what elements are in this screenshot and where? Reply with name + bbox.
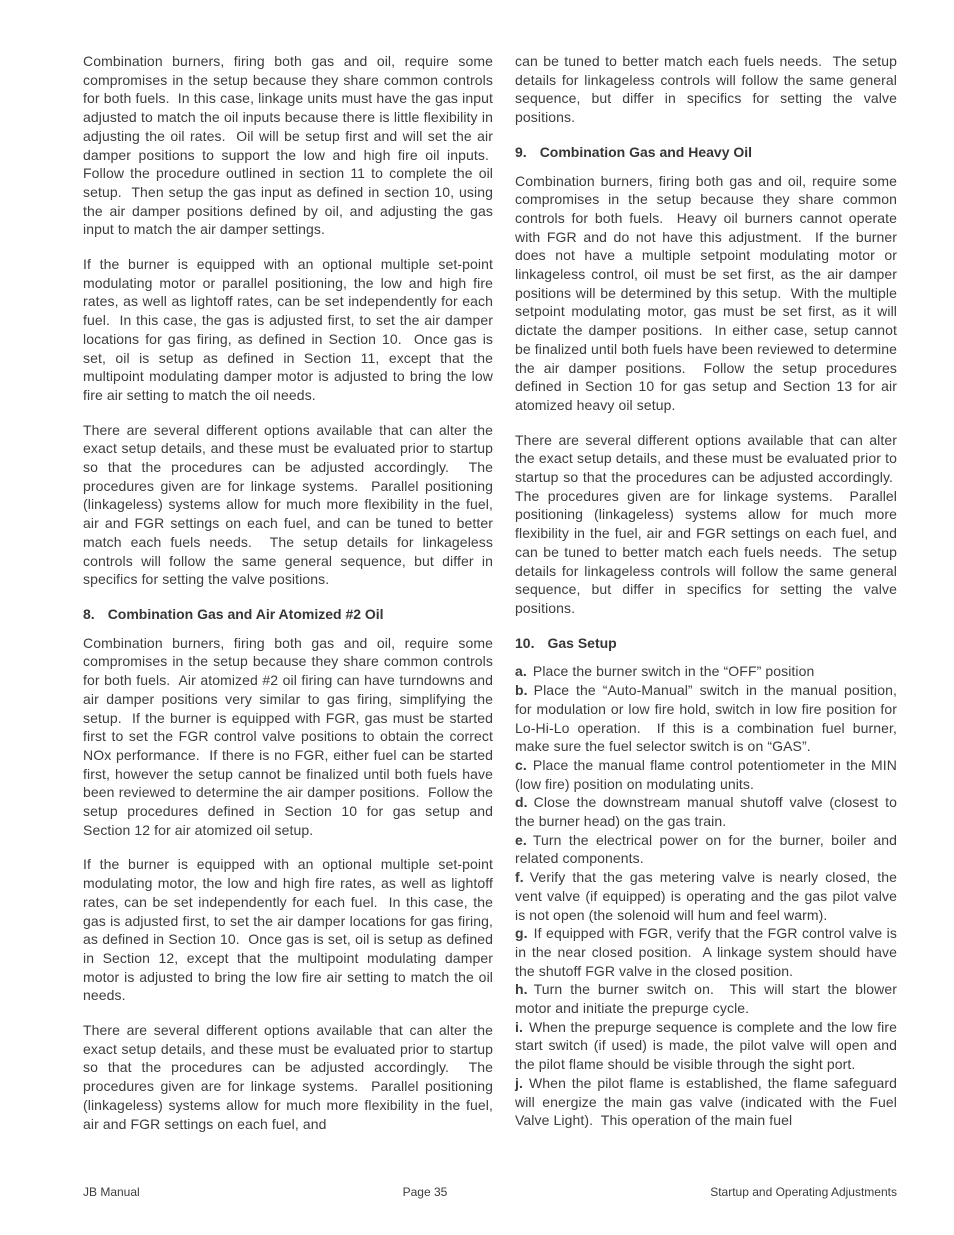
- footer-section-name: Startup and Operating Adjustments: [710, 1185, 897, 1199]
- section-10-heading: 10.Gas Setup: [515, 634, 897, 653]
- step-label: f.: [515, 869, 524, 885]
- paragraph: If the burner is equipped with an option…: [83, 855, 493, 1005]
- section-number: 10.: [515, 635, 534, 651]
- step-text: Place the burner switch in the “OFF” pos…: [533, 663, 815, 679]
- right-column: can be tuned to better match each fuels …: [515, 52, 897, 1149]
- paragraph: There are several different options avai…: [83, 421, 493, 589]
- two-column-text-area: Combination burners, firing both gas and…: [83, 52, 897, 1149]
- step-item: i.When the prepurge sequence is complete…: [515, 1018, 897, 1074]
- step-label: h.: [515, 981, 528, 997]
- page-footer: JB Manual Page 35 Startup and Operating …: [83, 1185, 897, 1199]
- step-text: Turn the burner switch on. This will sta…: [515, 981, 897, 1016]
- step-item: j.When the pilot flame is established, t…: [515, 1074, 897, 1130]
- step-label: b.: [515, 682, 528, 698]
- step-item: a.Place the burner switch in the “OFF” p…: [515, 662, 897, 681]
- step-text: When the pilot flame is established, the…: [515, 1075, 897, 1128]
- section-9-heading: 9.Combination Gas and Heavy Oil: [515, 143, 897, 162]
- section-title: Combination Gas and Air Atomized #2 Oil: [108, 606, 384, 622]
- step-label: a.: [515, 663, 527, 679]
- step-text: If equipped with FGR, verify that the FG…: [515, 925, 897, 978]
- step-label: j.: [515, 1075, 523, 1091]
- step-text: Turn the electrical power on for the bur…: [515, 832, 897, 867]
- footer-manual-name: JB Manual: [83, 1185, 140, 1199]
- step-item: b.Place the “Auto-Manual” switch in the …: [515, 681, 897, 756]
- paragraph: There are several different options avai…: [515, 431, 897, 618]
- step-label: i.: [515, 1019, 523, 1035]
- paragraph: Combination burners, firing both gas and…: [83, 52, 493, 239]
- section-title: Combination Gas and Heavy Oil: [540, 144, 752, 160]
- paragraph: If the burner is equipped with an option…: [83, 255, 493, 405]
- left-column: Combination burners, firing both gas and…: [83, 52, 493, 1149]
- step-label: e.: [515, 832, 527, 848]
- step-item: h.Turn the burner switch on. This will s…: [515, 980, 897, 1017]
- step-item: c.Place the manual flame control potenti…: [515, 756, 897, 793]
- paragraph: can be tuned to better match each fuels …: [515, 52, 897, 127]
- step-label: c.: [515, 757, 527, 773]
- gas-setup-steps: a.Place the burner switch in the “OFF” p…: [515, 662, 897, 1130]
- step-text: Verify that the gas metering valve is ne…: [515, 869, 897, 922]
- section-number: 8.: [83, 606, 95, 622]
- step-label: g.: [515, 925, 528, 941]
- step-item: e.Turn the electrical power on for the b…: [515, 831, 897, 868]
- paragraph: Combination burners, firing both gas and…: [515, 172, 897, 415]
- paragraph: There are several different options avai…: [83, 1021, 493, 1133]
- step-text: Place the “Auto-Manual” switch in the ma…: [515, 682, 897, 754]
- paragraph: Combination burners, firing both gas and…: [83, 634, 493, 840]
- step-text: Close the downstream manual shutoff valv…: [515, 794, 897, 829]
- step-item: g.If equipped with FGR, verify that the …: [515, 924, 897, 980]
- section-number: 9.: [515, 144, 527, 160]
- step-label: d.: [515, 794, 528, 810]
- section-title: Gas Setup: [547, 635, 616, 651]
- step-item: d.Close the downstream manual shutoff va…: [515, 793, 897, 830]
- step-text: Place the manual flame control potentiom…: [515, 757, 897, 792]
- step-text: When the prepurge sequence is complete a…: [515, 1019, 897, 1072]
- manual-page: Combination burners, firing both gas and…: [0, 0, 954, 1235]
- step-item: f.Verify that the gas metering valve is …: [515, 868, 897, 924]
- footer-page-number: Page 35: [403, 1185, 448, 1199]
- section-8-heading: 8.Combination Gas and Air Atomized #2 Oi…: [83, 605, 493, 624]
